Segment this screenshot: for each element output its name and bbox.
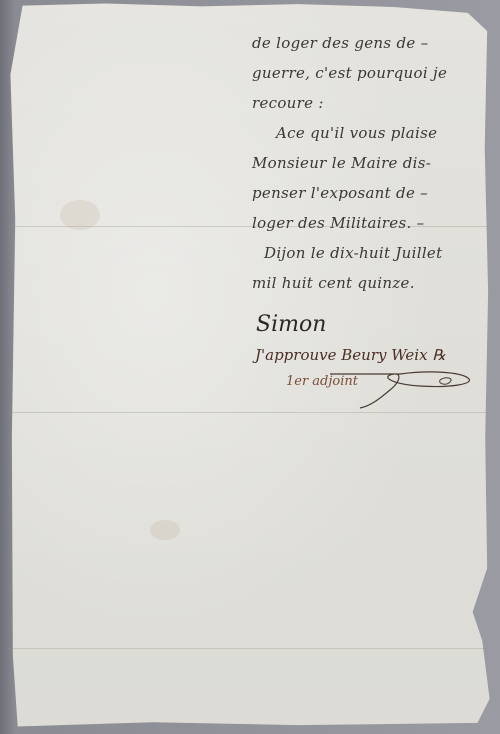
body-line: recoure : [252, 88, 492, 118]
body-line: mil huit cent quinze. [252, 268, 492, 298]
body-line: Ace qu'il vous plaise [252, 118, 492, 148]
body-line: guerre, c'est pourquoi je [252, 58, 492, 88]
body-line: penser l'exposant de – [252, 178, 492, 208]
body-line: loger des Militaires. – [252, 208, 492, 238]
approval-signature: J'approuve Beury Weix ℞ [255, 346, 446, 364]
paper-stain [60, 200, 100, 230]
signature-simon: Simon [256, 312, 326, 337]
letter-body: de loger des gens de – guerre, c'est pou… [252, 28, 492, 298]
signature-flourish-icon [330, 366, 480, 410]
body-line: Monsieur le Maire dis- [252, 148, 492, 178]
approval-mark: ℞ [432, 346, 445, 364]
approval-text: J'approuve Beury Weix [255, 346, 428, 364]
paper-stain [150, 520, 180, 540]
fold-line [8, 648, 492, 649]
fold-line [8, 412, 492, 413]
body-line: Dijon le dix-huit Juillet [252, 238, 492, 268]
body-line: de loger des gens de – [252, 28, 492, 58]
